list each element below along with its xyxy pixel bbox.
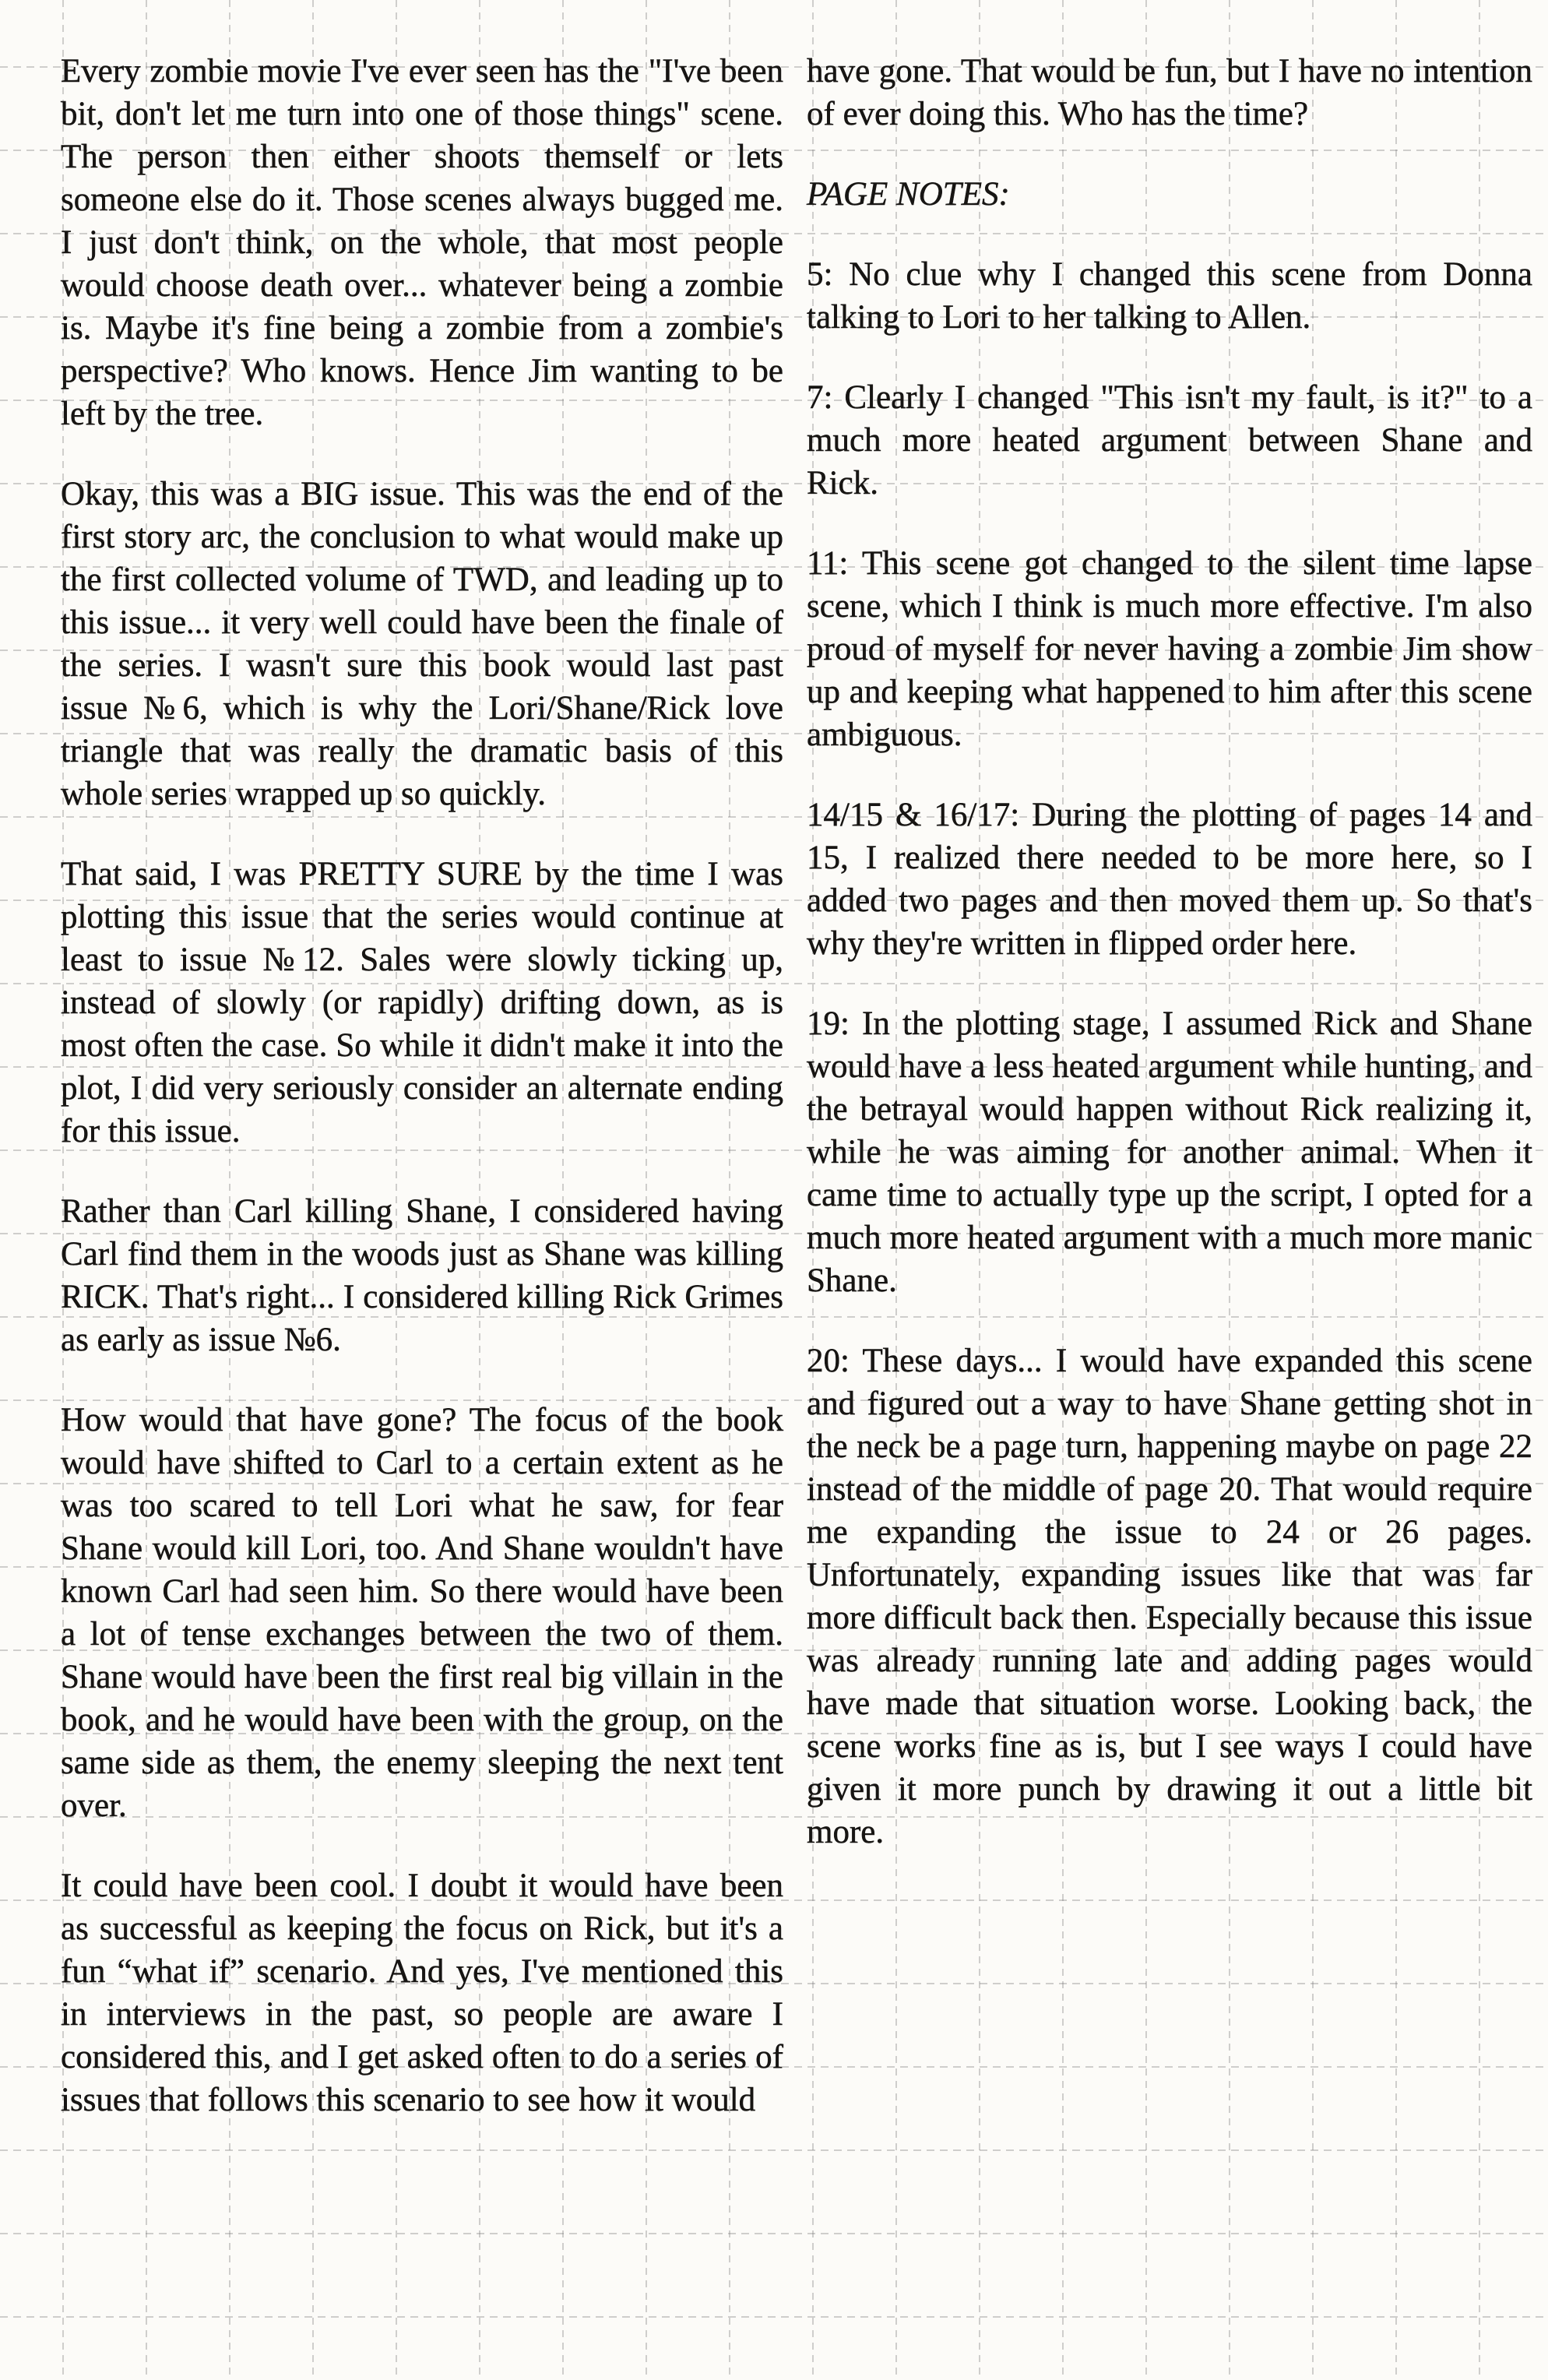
page-note: 5: No clue why I changed this scene from… — [807, 253, 1532, 339]
page-note: 19: In the plotting stage, I assumed Ric… — [807, 1002, 1532, 1302]
paragraph: Okay, this was a BIG issue. This was the… — [61, 473, 783, 815]
paragraph: Rather than Carl killing Shane, I consid… — [61, 1190, 783, 1361]
page-note: 14/15 & 16/17: During the plotting of pa… — [807, 794, 1532, 965]
paragraph: have gone. That would be fun, but I have… — [807, 50, 1532, 136]
left-column: Every zombie movie I've ever seen has th… — [61, 50, 783, 2159]
page-note: 20: These days... I would have expanded … — [807, 1340, 1532, 1854]
paragraph: How would that have gone? The focus of t… — [61, 1399, 783, 1827]
letters-page: Every zombie movie I've ever seen has th… — [0, 0, 1548, 2380]
paragraph: It could have been cool. I doubt it woul… — [61, 1864, 783, 2121]
paragraph: That said, I was PRETTY SURE by the time… — [61, 853, 783, 1153]
page-note: 11: This scene got changed to the silent… — [807, 542, 1532, 756]
page-notes-heading: PAGE NOTES: — [807, 173, 1532, 216]
right-column: have gone. That would be fun, but I have… — [807, 50, 1532, 1891]
page-note: 7: Clearly I changed "This isn't my faul… — [807, 376, 1532, 505]
paragraph: Every zombie movie I've ever seen has th… — [61, 50, 783, 435]
